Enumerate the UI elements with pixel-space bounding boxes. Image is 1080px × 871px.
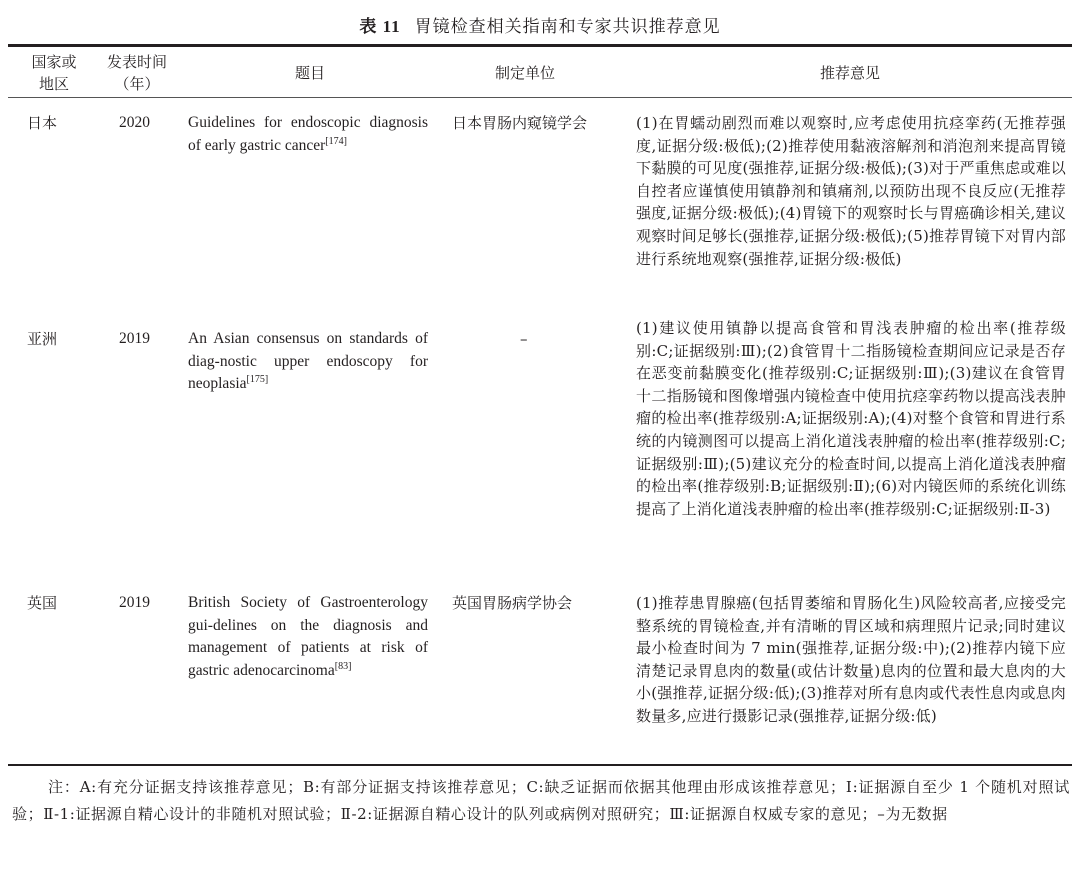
table-title: 胃镜检查相关指南和专家共识推荐意见 (415, 17, 721, 37)
citation-ref[interactable]: [175] (247, 374, 269, 385)
table-caption: 表 11胃镜检查相关指南和专家共识推荐意见 (0, 12, 1080, 37)
cell-org: 英国胃肠病学协会 (452, 592, 572, 615)
cell-recommendation: (1)推荐患胃腺癌(包括胃萎缩和胃肠化生)风险较高者,应接受完整系统的胃镜检查,… (636, 592, 1066, 728)
citation-ref[interactable]: [174] (325, 136, 347, 147)
top-rule (8, 44, 1072, 47)
cell-region: 亚洲 (27, 328, 57, 351)
cell-recommendation: (1)建议使用镇静以提高食管和胃浅表肿瘤的检出率(推荐级别:C;证据级别:Ⅲ);… (636, 317, 1066, 520)
header-year-line2: （年） (98, 73, 176, 95)
header-recommendation: 推荐意见 (790, 62, 910, 84)
header-rule (8, 97, 1072, 98)
header-year-line1: 发表时间 (98, 51, 176, 73)
cell-year: 2019 (119, 328, 150, 351)
table-footnote: 注：A:有充分证据支持该推荐意见；B:有部分证据支持该推荐意见；C:缺乏证据而依… (12, 774, 1070, 828)
cell-title-text: An Asian consensus on standards of diag-… (188, 330, 428, 392)
cell-title: Guidelines for endoscopic diagnosis of e… (188, 112, 428, 157)
cell-title: British Society of Gastroenterology gui-… (188, 592, 428, 682)
cell-title-text: British Society of Gastroenterology gui-… (188, 594, 428, 679)
cell-region: 英国 (27, 592, 57, 615)
header-region-line1: 国家或 (22, 51, 86, 73)
header-year: 发表时间 （年） (98, 51, 176, 95)
header-region-line2: 地区 (22, 73, 86, 95)
cell-recommendation: (1)在胃蠕动剧烈而难以观察时,应考虑使用抗痉挛药(无推荐强度,证据分级:极低)… (636, 112, 1066, 270)
bottom-rule (8, 764, 1072, 766)
cell-year: 2019 (119, 592, 150, 615)
cell-region: 日本 (27, 112, 57, 135)
cell-org: 日本胃肠内窥镜学会 (452, 112, 587, 135)
table-number: 表 11 (359, 17, 400, 36)
citation-ref[interactable]: [83] (335, 661, 352, 672)
header-org: 制定单位 (460, 62, 590, 84)
cell-org: – (520, 328, 528, 351)
cell-title-text: Guidelines for endoscopic diagnosis of e… (188, 114, 428, 154)
header-title: 题目 (240, 62, 380, 84)
cell-title: An Asian consensus on standards of diag-… (188, 328, 428, 396)
header-region: 国家或 地区 (22, 51, 86, 95)
cell-year: 2020 (119, 112, 150, 135)
